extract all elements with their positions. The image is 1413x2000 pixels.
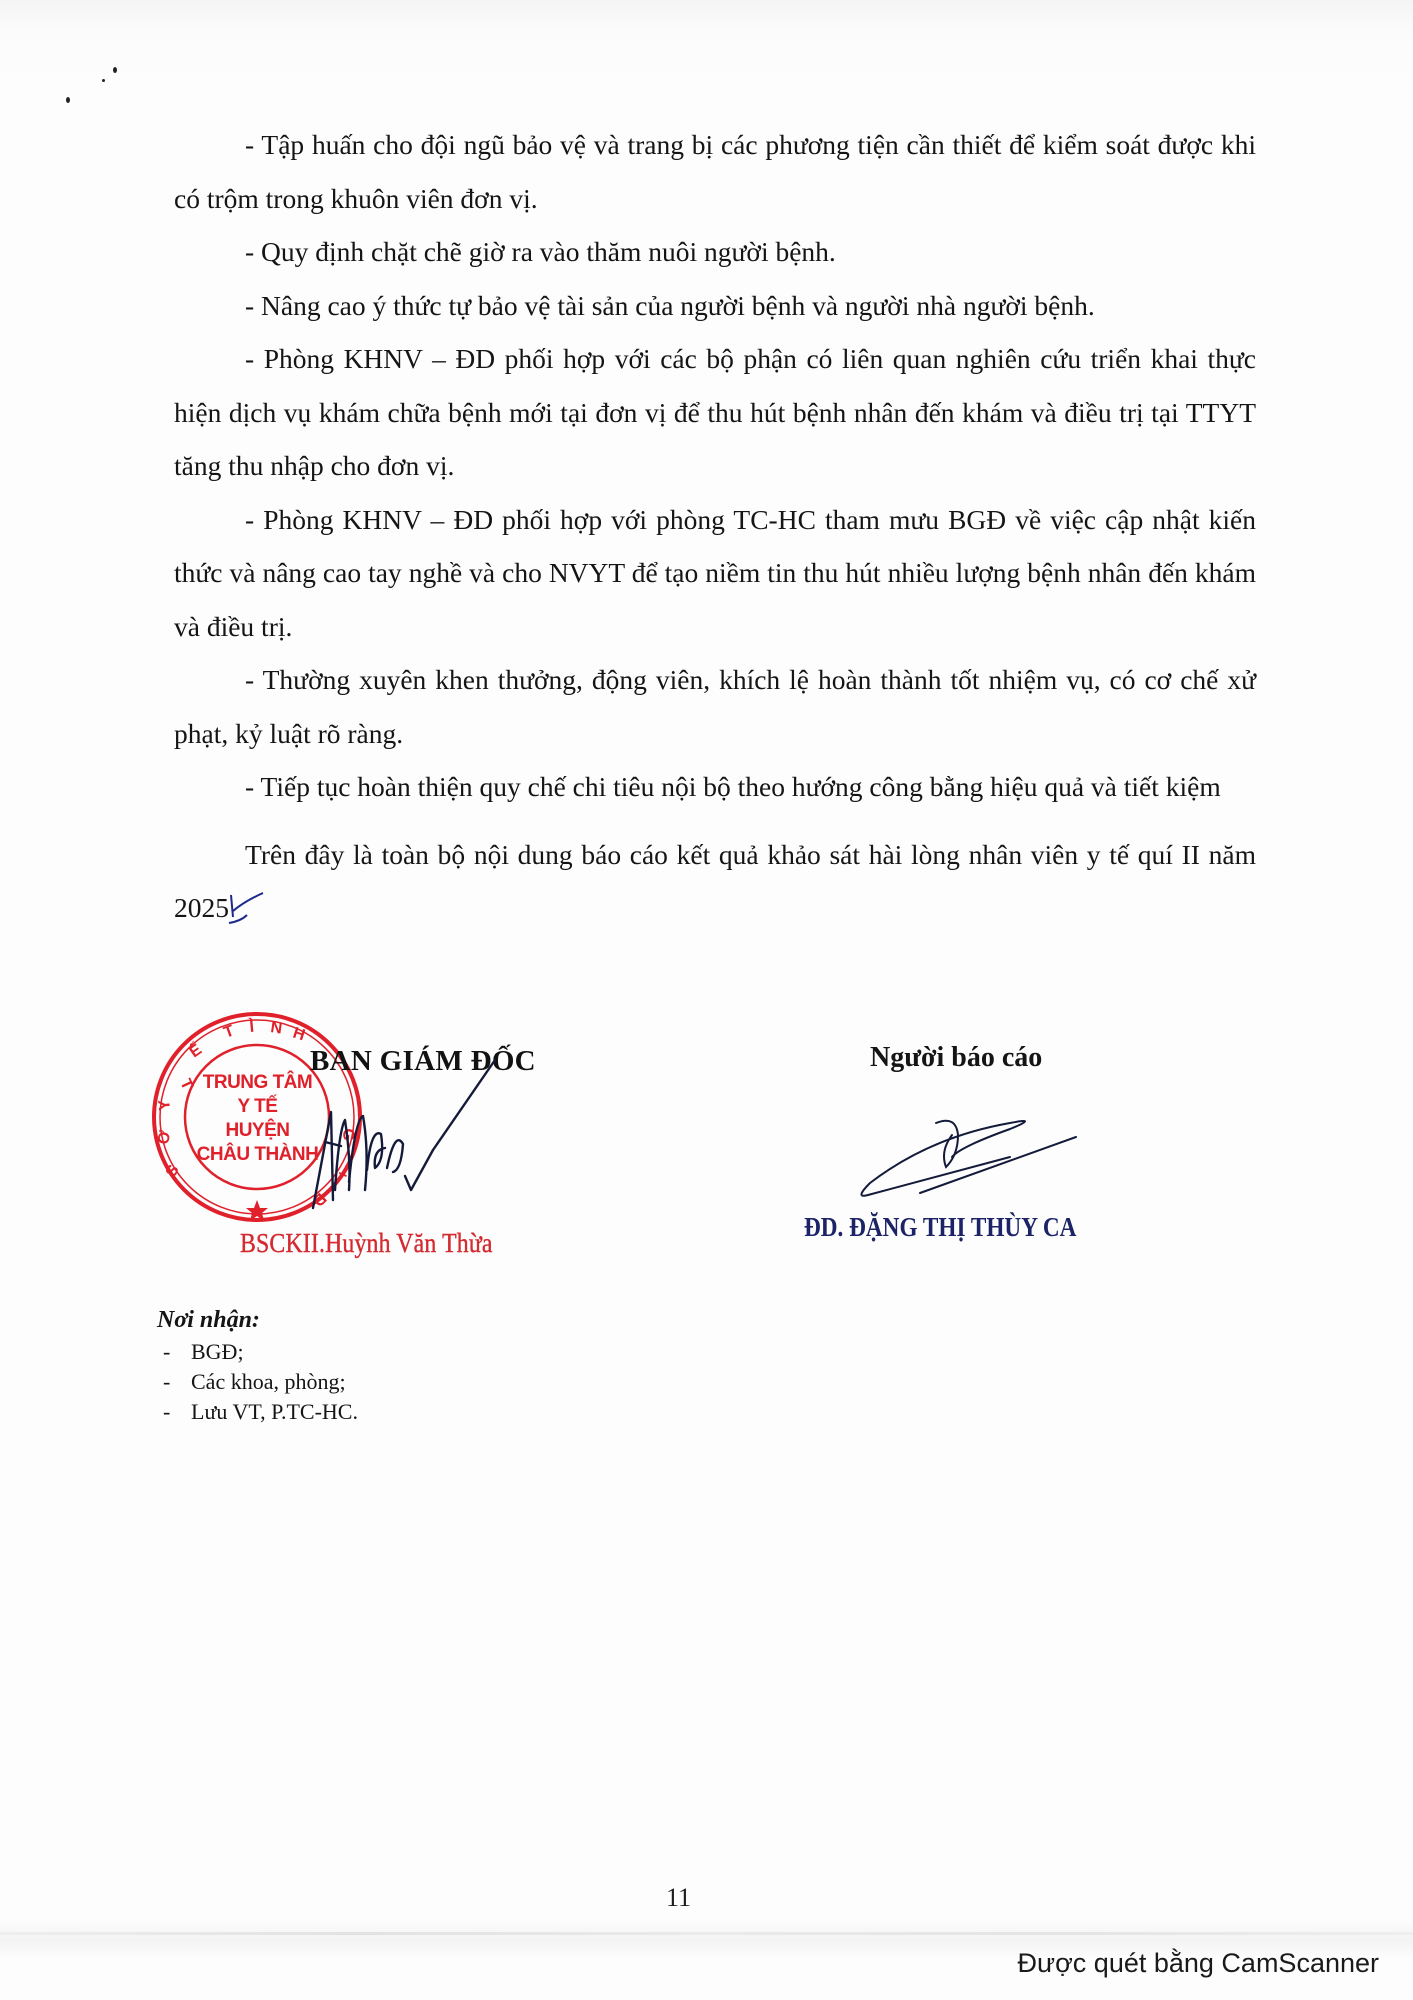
recipients-title: Nơi nhận: <box>157 1305 358 1335</box>
director-name: BSCKII.Huỳnh Văn Thừa <box>240 1228 493 1259</box>
recipient-label: BGĐ; <box>191 1337 244 1367</box>
paragraph-new-services: - Phòng KHNV – ĐD phối hợp với các bộ ph… <box>174 332 1256 493</box>
closing-text: Trên đây là toàn bộ nội dung báo cáo kết… <box>174 839 1256 924</box>
list-dash: - <box>157 1397 191 1427</box>
recipient-label: Lưu VT, P.TC-HC. <box>191 1397 358 1427</box>
scan-edge-line <box>0 1932 1413 1935</box>
scanned-page: - Tập huấn cho đội ngũ bảo vệ và trang b… <box>0 0 1413 2000</box>
paragraph-property-awareness: - Nâng cao ý thức tự bảo vệ tài sản của … <box>174 279 1256 333</box>
stamp-line: CHÂU THÀNH <box>197 1143 319 1167</box>
page-number: 11 <box>666 1883 691 1913</box>
signature-block-director: S Ở Y T Ế T Ì N H G Đ + TRUNG TÂM Y TẾ H… <box>150 1010 590 1280</box>
speck <box>66 97 70 103</box>
paragraph-staff-training: - Phòng KHNV – ĐD phối hợp với phòng TC-… <box>174 493 1256 654</box>
paragraph-security-training: - Tập huấn cho đội ngũ bảo vệ và trang b… <box>174 118 1256 225</box>
recipients-section: Nơi nhận: -BGĐ; -Các khoa, phòng; -Lưu V… <box>157 1305 358 1427</box>
paragraph-visiting-hours: - Quy định chặt chẽ giờ ra vào thăm nuôi… <box>174 225 1256 279</box>
signature-block-reporter: Người báo cáo ĐD. ĐẶNG THỊ THÙY CA <box>780 1040 1120 1260</box>
recipients-list: -BGĐ; -Các khoa, phòng; -Lưu VT, P.TC-HC… <box>157 1337 358 1427</box>
recipient-item: -BGĐ; <box>157 1337 358 1367</box>
recipient-item: -Lưu VT, P.TC-HC. <box>157 1397 358 1427</box>
recipient-item: -Các khoa, phòng; <box>157 1367 358 1397</box>
camscanner-watermark: Được quét bằng CamScanner <box>1018 1948 1379 1979</box>
speck <box>102 79 105 82</box>
speck <box>113 67 117 73</box>
list-dash: - <box>157 1337 191 1367</box>
initial-mark-icon <box>227 891 271 925</box>
reporter-title: Người báo cáo <box>870 1042 1042 1074</box>
director-signature-icon <box>305 1050 525 1230</box>
closing-statement: Trên đây là toàn bộ nội dung báo cáo kết… <box>174 828 1256 935</box>
stamp-line: HUYỆN <box>225 1119 289 1143</box>
paragraph-internal-spending: - Tiếp tục hoàn thiện quy chế chi tiêu n… <box>174 760 1256 814</box>
list-dash: - <box>157 1367 191 1397</box>
reporter-name: ĐD. ĐẶNG THỊ THÙY CA <box>804 1212 1076 1243</box>
recipient-label: Các khoa, phòng; <box>191 1367 346 1397</box>
stamp-line: TRUNG TÂM <box>203 1071 312 1095</box>
stamp-line: Y TẾ <box>238 1095 278 1119</box>
paragraph-rewards: - Thường xuyên khen thưởng, động viên, k… <box>174 653 1256 760</box>
reporter-signature-icon <box>860 1095 1080 1205</box>
document-body: - Tập huấn cho đội ngũ bảo vệ và trang b… <box>174 118 1256 935</box>
